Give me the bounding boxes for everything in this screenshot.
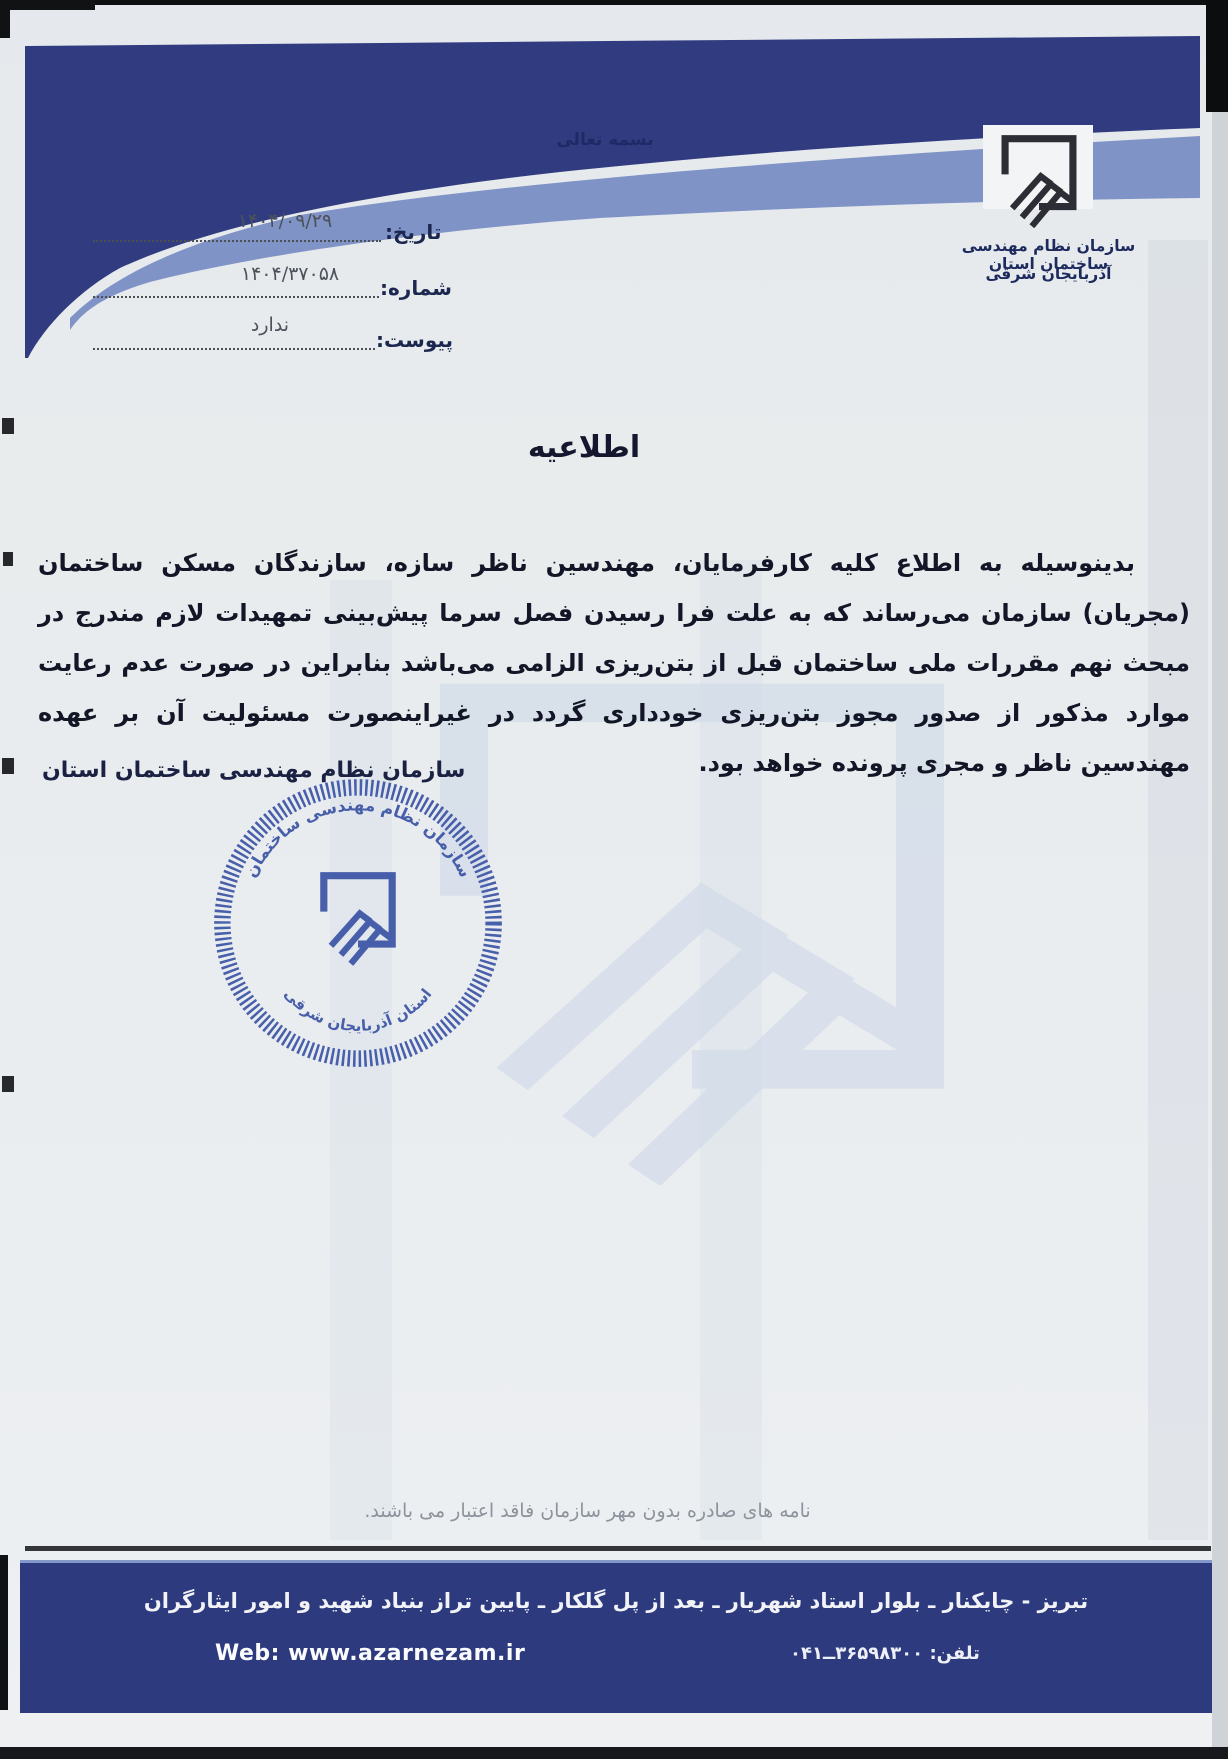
- scan-artifact: [0, 1555, 8, 1710]
- scan-artifact: [0, 0, 95, 10]
- phone-number: ۰۴۱ــ۳۶۵۹۸۳۰۰: [790, 1643, 923, 1664]
- org-name-line2: آذربایجان شرقی: [946, 265, 1151, 283]
- footer-web: Web: www.azarnezam.ir: [215, 1641, 525, 1666]
- web-label: Web:: [215, 1641, 280, 1666]
- stamp-center-logo: [324, 876, 392, 964]
- letter-paper: بسمه تعالی سازمان نظام مهندسی ساختمان اس…: [0, 0, 1228, 1759]
- scan-artifact: [2, 758, 14, 774]
- scan-artifact: [0, 1747, 1228, 1759]
- attachment-label: پیوست:: [376, 328, 453, 352]
- scan-artifact: [2, 418, 14, 434]
- date-label: تاریخ:: [385, 220, 441, 244]
- number-value: ۱۴۰۴/۳۷۰۵۸: [205, 263, 375, 285]
- attachment-line: [93, 348, 375, 350]
- phone-label: تلفن:: [929, 1643, 979, 1664]
- scan-artifact: [1212, 112, 1228, 1759]
- scan-artifact: [0, 0, 1228, 5]
- letter-body: بدینوسیله به اطلاع کلیه کارفرمایان، مهند…: [38, 538, 1190, 788]
- number-line: [93, 296, 379, 298]
- footer-divider-line: [25, 1546, 1211, 1551]
- web-url: www.azarnezam.ir: [288, 1641, 525, 1666]
- date-line: [93, 240, 381, 242]
- date-value: ۱۴۰۴/۰۹/۲۹: [200, 210, 370, 232]
- scan-artifact: [0, 0, 10, 38]
- attachment-value: ندارد: [185, 314, 355, 336]
- validity-note: نامه های صادره بدون مهر سازمان فاقد اعتب…: [0, 1500, 1175, 1522]
- number-label: شماره:: [380, 276, 452, 300]
- footer-address: تبریز - چایکنار ـ بلوار استاد شهریار ـ ب…: [20, 1589, 1212, 1613]
- footer-bar: تبریز - چایکنار ـ بلوار استاد شهریار ـ ب…: [20, 1560, 1212, 1713]
- scan-artifact: [2, 1076, 14, 1092]
- organization-stamp: سازمان نظام مهندسی ساختمان استان آذربایج…: [203, 768, 513, 1078]
- organization-logo: [986, 128, 1092, 228]
- letter-title: اطلاعیه: [0, 430, 1168, 465]
- svg-text:سازمان نظام مهندسی ساختمان: سازمان نظام مهندسی ساختمان: [241, 795, 475, 880]
- scan-artifact: [3, 552, 13, 566]
- stamp-top-text: سازمان نظام مهندسی ساختمان: [241, 795, 475, 880]
- footer-phone: تلفن: ۰۴۱ــ۳۶۵۹۸۳۰۰: [790, 1643, 990, 1664]
- bismillah-text: بسمه تعالی: [500, 130, 710, 150]
- scan-artifact: [1206, 0, 1228, 112]
- stamp-bottom-text: استان آذربایجان شرقی: [281, 985, 436, 1035]
- svg-text:استان آذربایجان شرقی: استان آذربایجان شرقی: [281, 985, 436, 1035]
